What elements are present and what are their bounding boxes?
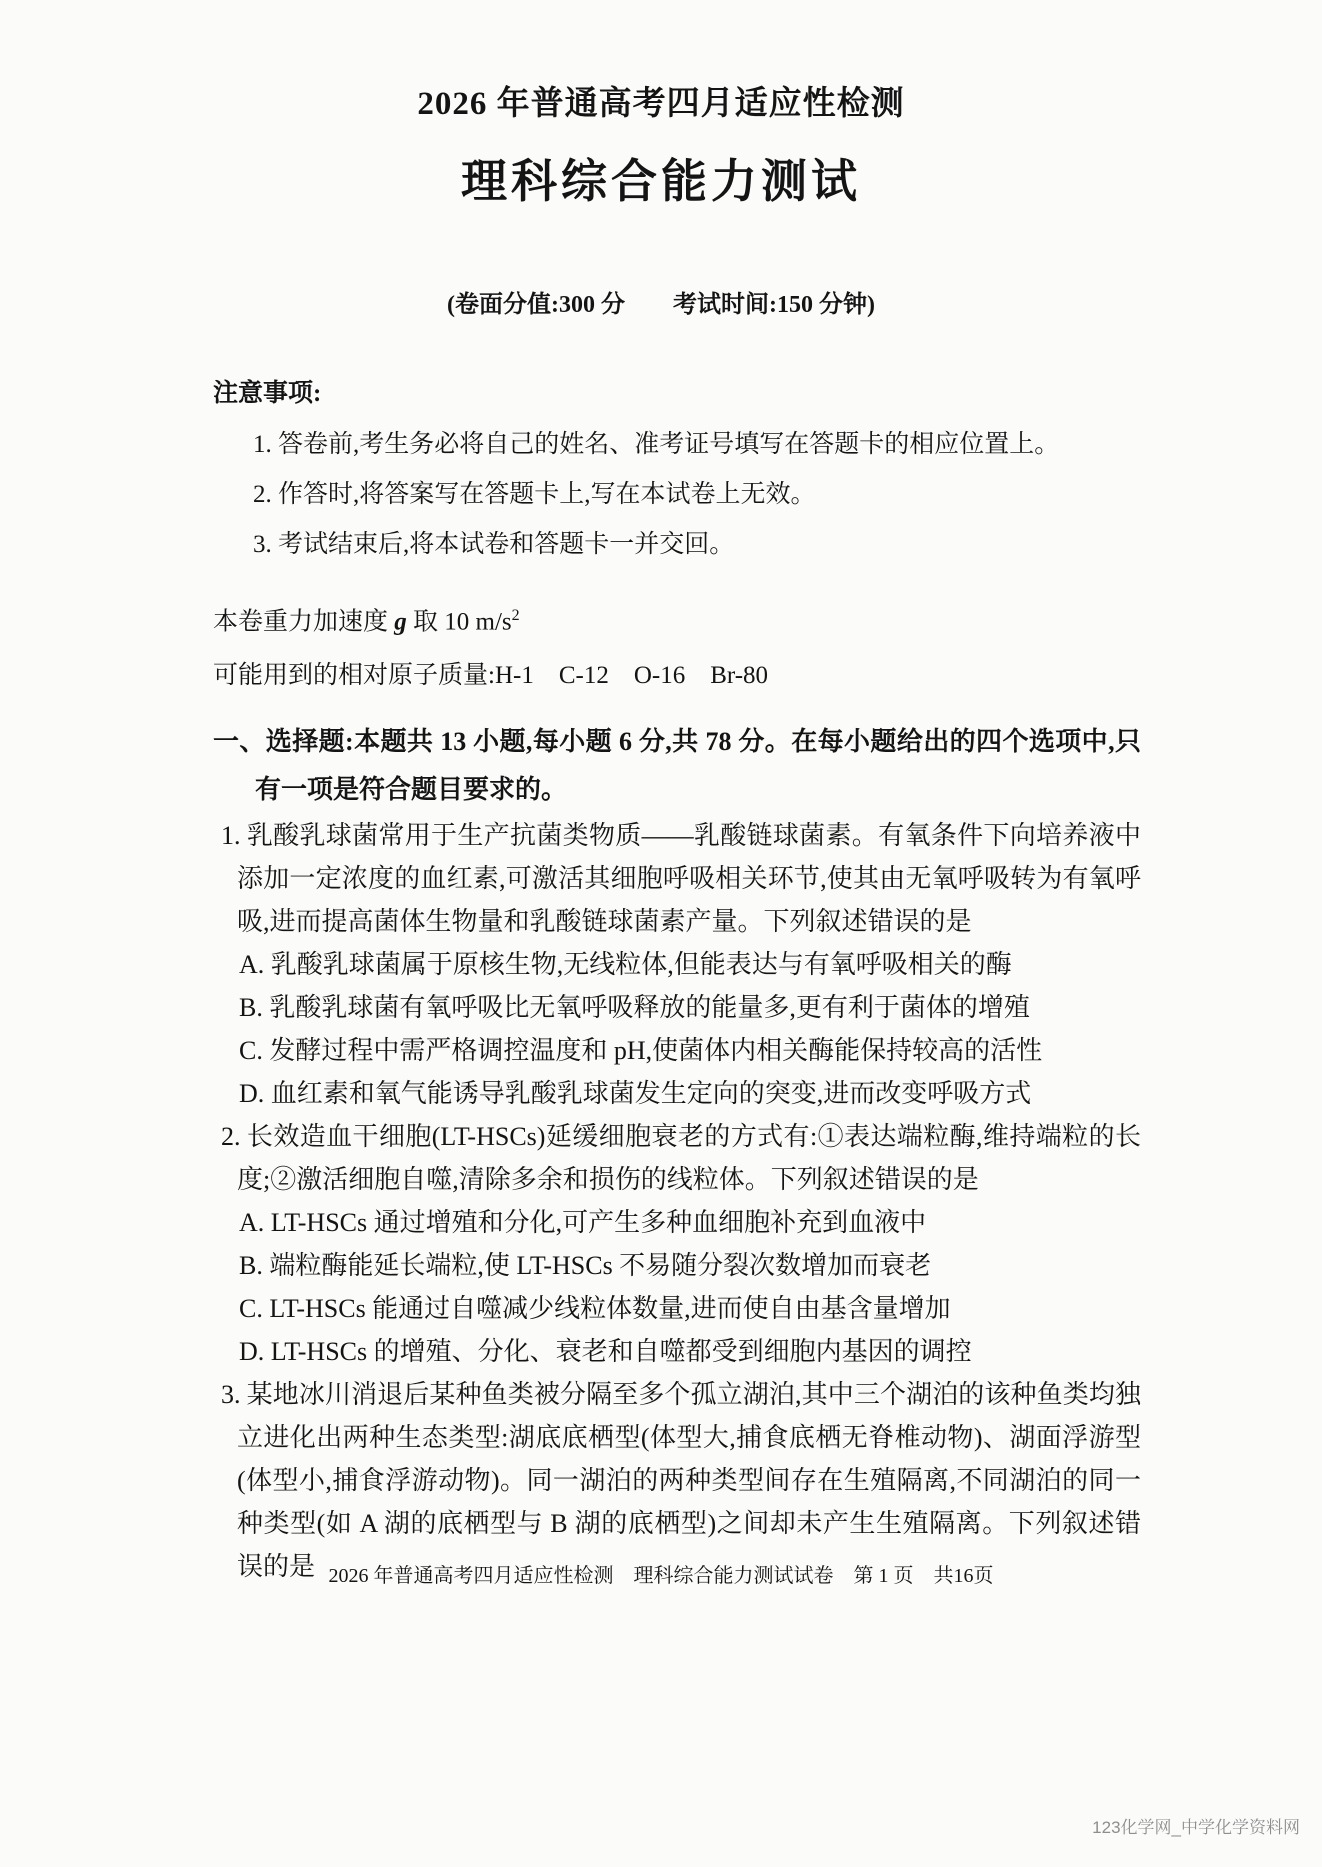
notice-item-3: 3. 考试结束后,将本试卷和答题卡一并交回。 [253, 520, 1141, 570]
question-1-option-a: A. 乳酸乳球菌属于原核生物,无线粒体,但能表达与有氧呼吸相关的酶 [239, 943, 1141, 986]
question-1: 1.乳酸乳球菌常用于生产抗菌类物质——乳酸链球菌素。有氧条件下向培养液中添加一定… [181, 814, 1141, 1115]
exam-title: 2026 年普通高考四月适应性检测 [181, 84, 1141, 124]
question-3-number: 3. [221, 1380, 241, 1409]
notice-item-2: 2. 作答时,将答案写在答题卡上,写在本试卷上无效。 [253, 470, 1141, 520]
exam-meta-line: (卷面分值:300 分 考试时间:150 分钟) [181, 290, 1141, 320]
question-1-option-d: D. 血红素和氧气能诱导乳酸乳球菌发生定向的突变,进而改变呼吸方式 [239, 1072, 1141, 1115]
question-3-stem: 3.某地冰川消退后某种鱼类被分隔至多个孤立湖泊,其中三个湖泊的该种鱼类均独立进化… [221, 1373, 1141, 1588]
section-1-heading: 一、选择题:本题共 13 小题,每小题 6 分,共 78 分。在每小题给出的四个… [213, 718, 1141, 814]
gravity-note: 本卷重力加速度 g 取 10 m/s2 [213, 596, 1141, 642]
question-2-option-c: C. LT-HSCs 能通过自噬减少线粒体数量,进而使自由基含量增加 [239, 1287, 1141, 1330]
question-1-option-c: C. 发酵过程中需严格调控温度和 pH,使菌体内相关酶能保持较高的活性 [239, 1029, 1141, 1072]
question-2-text: 长效造血干细胞(LT-HSCs)延缓细胞衰老的方式有:①表达端粒酶,维持端粒的长… [237, 1122, 1141, 1194]
page-footer: 2026 年普通高考四月适应性检测 理科综合能力测试试卷 第 1 页 共16页 [181, 1562, 1141, 1590]
gravity-symbol: g [394, 608, 407, 635]
question-3: 3.某地冰川消退后某种鱼类被分隔至多个孤立湖泊,其中三个湖泊的该种鱼类均独立进化… [181, 1373, 1141, 1588]
question-2: 2.长效造血干细胞(LT-HSCs)延缓细胞衰老的方式有:①表达端粒酶,维持端粒… [181, 1115, 1141, 1373]
question-2-option-b: B. 端粒酶能延长端粒,使 LT-HSCs 不易随分裂次数增加而衰老 [239, 1244, 1141, 1287]
question-3-text: 某地冰川消退后某种鱼类被分隔至多个孤立湖泊,其中三个湖泊的该种鱼类均独立进化出两… [237, 1380, 1141, 1581]
watermark: 123化学网_中学化学资料网 [1092, 1813, 1300, 1838]
gravity-superscript: 2 [512, 607, 520, 624]
atomic-mass-note: 可能用到的相对原子质量:H-1 C-12 O-16 Br-80 [213, 656, 1141, 696]
notice-item-1: 1. 答卷前,考生务必将自己的姓名、准考证号填写在答题卡的相应位置上。 [253, 420, 1141, 470]
question-2-stem: 2.长效造血干细胞(LT-HSCs)延缓细胞衰老的方式有:①表达端粒酶,维持端粒… [221, 1115, 1141, 1201]
question-1-number: 1. [221, 821, 241, 850]
question-2-option-d: D. LT-HSCs 的增殖、分化、衰老和自噬都受到细胞内基因的调控 [239, 1330, 1141, 1373]
gravity-note-prefix: 本卷重力加速度 [213, 608, 394, 635]
exam-paper-page: 2026 年普通高考四月适应性检测 理科综合能力测试 (卷面分值:300 分 考… [0, 0, 1322, 1867]
question-2-number: 2. [221, 1122, 241, 1151]
question-2-option-a: A. LT-HSCs 通过增殖和分化,可产生多种血细胞补充到血液中 [239, 1201, 1141, 1244]
notice-heading: 注意事项: [213, 376, 1141, 412]
gravity-note-middle: 取 10 m/s [407, 608, 512, 635]
exam-subject-title: 理科综合能力测试 [181, 154, 1141, 210]
question-1-stem: 1.乳酸乳球菌常用于生产抗菌类物质——乳酸链球菌素。有氧条件下向培养液中添加一定… [221, 814, 1141, 943]
question-1-text: 乳酸乳球菌常用于生产抗菌类物质——乳酸链球菌素。有氧条件下向培养液中添加一定浓度… [237, 821, 1141, 936]
exam-content: 2026 年普通高考四月适应性检测 理科综合能力测试 (卷面分值:300 分 考… [181, 0, 1141, 1588]
question-1-option-b: B. 乳酸乳球菌有氧呼吸比无氧呼吸释放的能量多,更有利于菌体的增殖 [239, 986, 1141, 1029]
